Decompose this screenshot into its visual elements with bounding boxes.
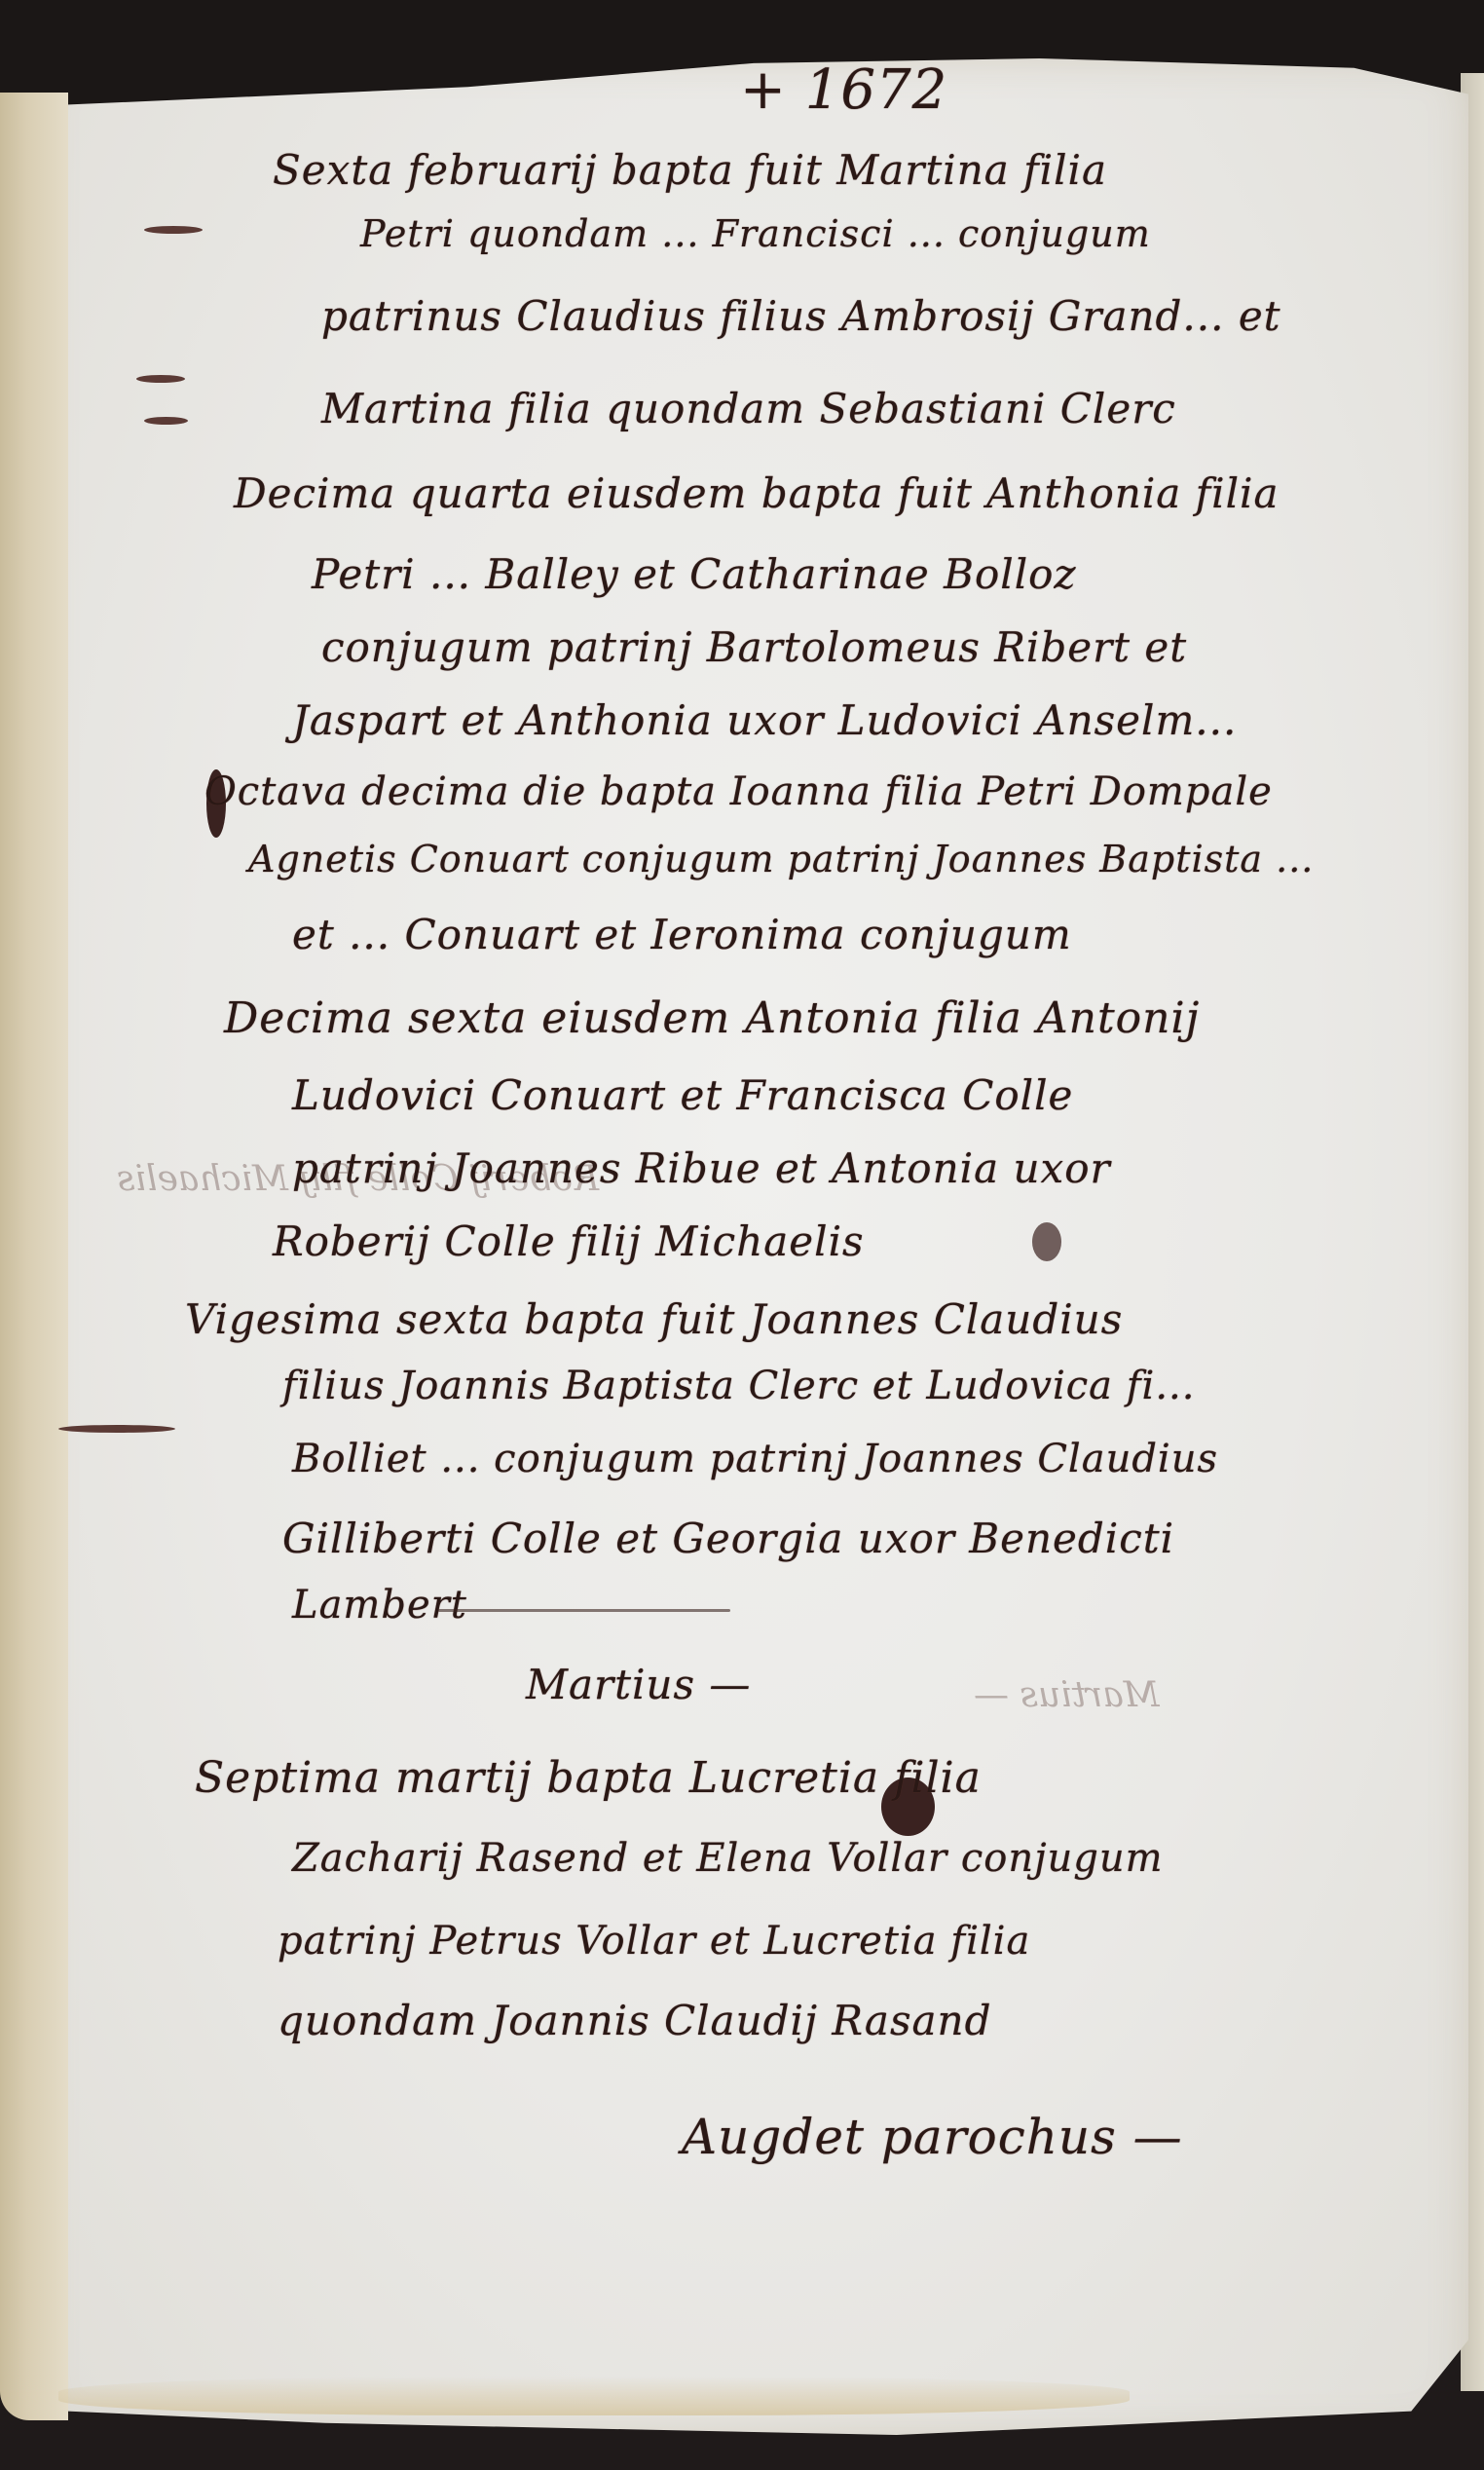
margin-mark	[144, 417, 188, 425]
entry-line: Zacharij Rasend et Elena Vollar conjugum	[292, 1836, 1164, 1881]
entry-line: quondam Joannis Claudij Rasand	[278, 1997, 991, 2044]
entry-line: Petri quondam ... Francisci ... conjugum	[360, 212, 1151, 255]
entry-line: Roberij Colle filij Michaelis	[273, 1217, 865, 1265]
entry-line: Decima quarta eiusdem bapta fuit Anthoni…	[234, 469, 1280, 517]
strike-line	[438, 1609, 730, 1612]
month-heading: Martius —	[526, 1661, 751, 1708]
entry-line: Octava decima die bapta Ioanna filia Pet…	[204, 769, 1273, 814]
entry-line: Decima sexta eiusdem Antonia filia Anton…	[224, 993, 1200, 1043]
page-year-header: + 1672	[740, 58, 947, 122]
entry-line: Vigesima sexta bapta fuit Joannes Claudi…	[185, 1295, 1123, 1343]
bleed-through-text: Martius —	[974, 1675, 1160, 1715]
entry-line: Lambert	[292, 1583, 467, 1628]
entry-line: Septima martij bapta Lucretia filia	[195, 1753, 982, 1803]
entry-line: Agnetis Conuart conjugum patrinj Joannes…	[248, 838, 1314, 880]
entry-line: patrinj Petrus Vollar et Lucretia filia	[278, 1919, 1030, 1964]
margin-mark	[58, 1425, 175, 1433]
entry-line: Sexta februarij bapta fuit Martina filia	[273, 146, 1107, 194]
binding-gutter	[0, 93, 68, 2420]
margin-mark	[136, 375, 185, 383]
entry-line: Martina filia quondam Sebastiani Clerc	[321, 385, 1176, 432]
entry-line: Ludovici Conuart et Francisca Colle	[292, 1071, 1073, 1119]
entry-line: et ... Conuart et Ieronima conjugum	[292, 911, 1072, 958]
entry-line: Gilliberti Colle et Georgia uxor Benedic…	[282, 1515, 1174, 1562]
entry-line: patrinj Joannes Ribue et Antonia uxor	[292, 1144, 1111, 1192]
entry-line: filius Joannis Baptista Clerc et Ludovic…	[282, 1364, 1195, 1408]
entry-line: Bolliet ... conjugum patrinj Joannes Cla…	[292, 1437, 1218, 1481]
priest-signature: Augdet parochus —	[682, 2109, 1183, 2165]
entry-line: conjugum patrinj Bartolomeus Ribert et	[321, 623, 1187, 671]
entry-line: patrinus Claudius filius Ambrosij Grand.…	[321, 292, 1281, 340]
entry-line: Jaspart et Anthonia uxor Ludovici Anselm…	[292, 696, 1237, 744]
water-stain	[58, 2376, 1130, 2415]
margin-mark	[144, 226, 203, 234]
entry-line: Petri ... Balley et Catharinae Bolloz	[312, 550, 1077, 598]
ink-blot	[1032, 1222, 1061, 1261]
